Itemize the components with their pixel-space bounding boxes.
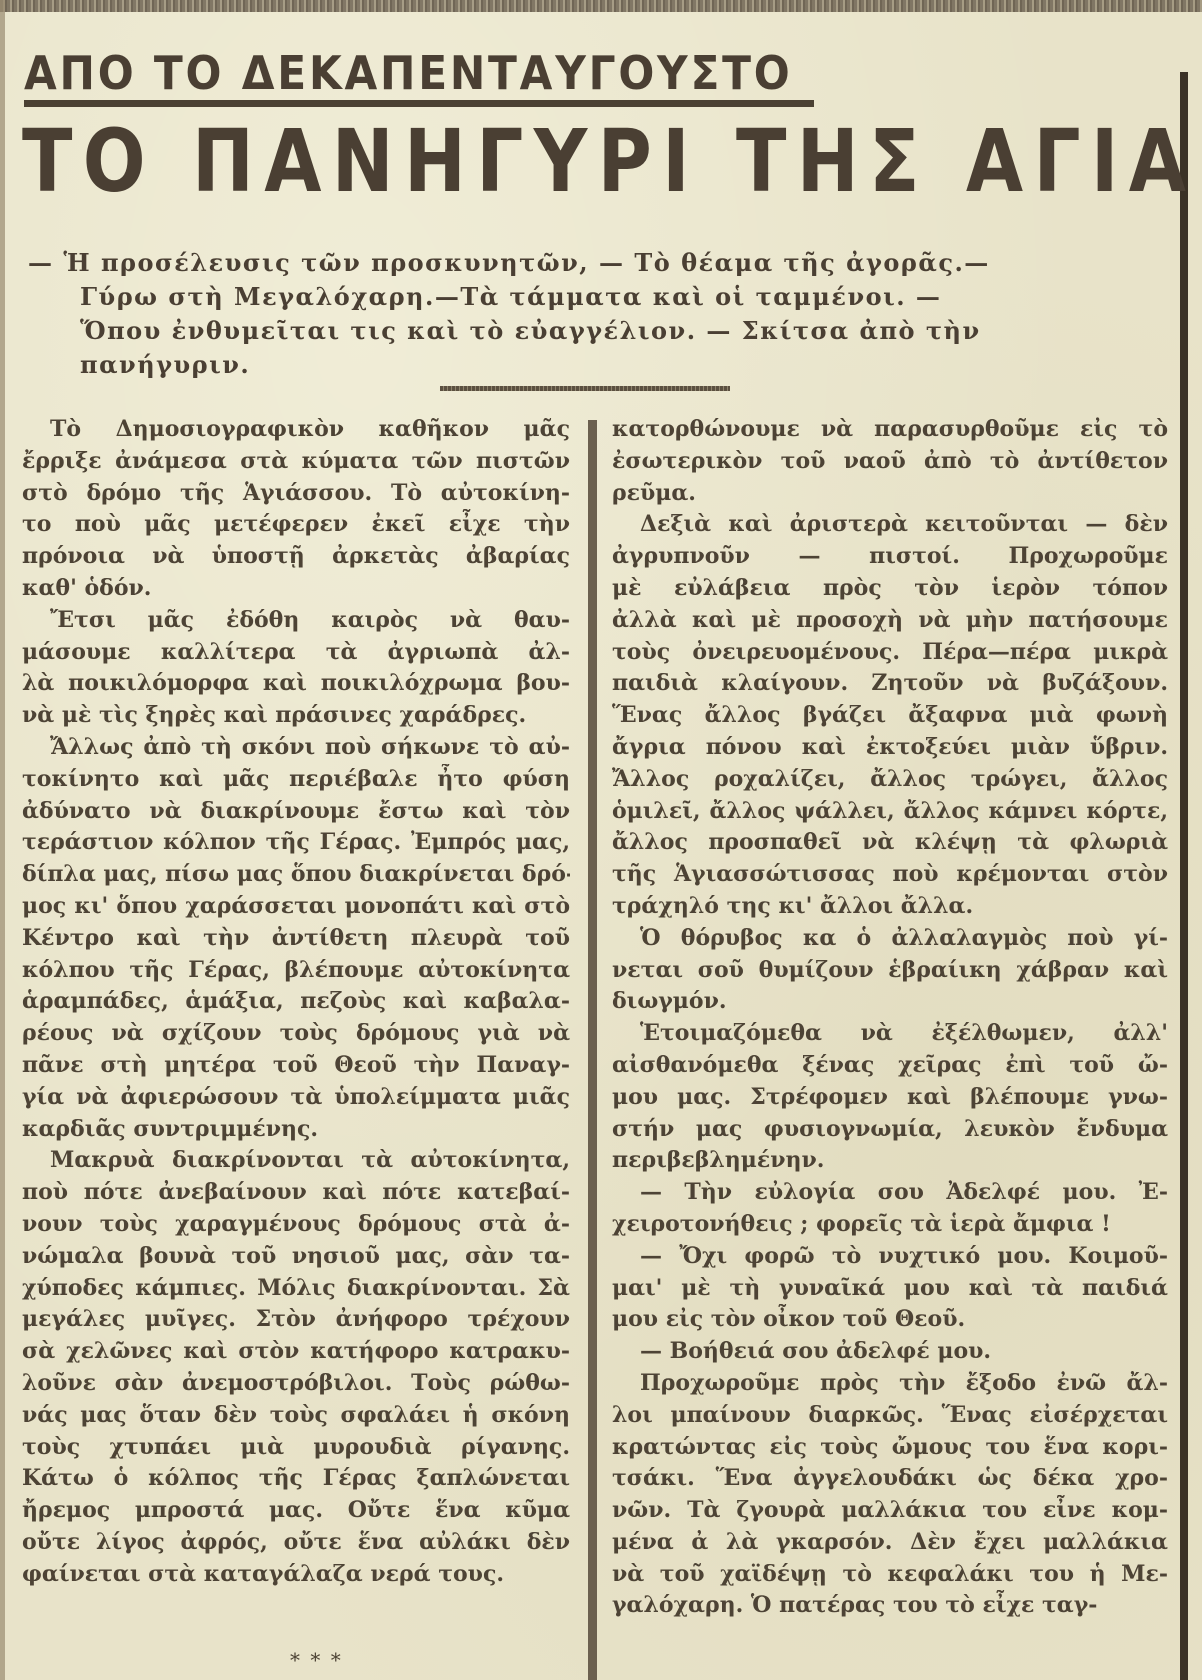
column-text-line: τῆς Ἁγιασσώτισσας ποὺ κρέμονται στὸν (612, 859, 1168, 891)
right-column-rule (1180, 72, 1188, 1680)
column-text-line: λοι μπαίνουν διαρκῶς. Ἕνας εἰσέρχεται (612, 1400, 1168, 1432)
page-left-edge (0, 0, 5, 1680)
column-text-line: φαίνεται στὰ καταγάλαζα νερά τους. (22, 1559, 570, 1591)
column-text-line: Προχωροῦμε πρὸς τὴν ἔξοδο ἐνῶ ἄλ- (612, 1368, 1168, 1400)
column-text-line: τοκίνητο καὶ μᾶς περιέβαλε ἦτο φύση (22, 764, 570, 796)
column-text-line: νῶν. Τὰ ζγουρὰ μαλλάκια του εἶνε κομ- (612, 1495, 1168, 1527)
column-text-line: Ἄλλος ροχαλίζει, ἄλλος τρώγει, ἄλλος (612, 764, 1168, 796)
column-text-line: χειροτονήθεις ; φορεῖς τὰ ἱερὰ ἄμφια ! (612, 1209, 1168, 1241)
column-text-line: — Τὴν εὐλογία σου Ἀδελφέ μου. Ἐ- (612, 1177, 1168, 1209)
column-text-line: αἰσθανόμεθα ξένας χεῖρας ἐπὶ τοῦ ὤ- (612, 1050, 1168, 1082)
column-text-line: μὲ εὐλάβεια πρὸς τὸν ἱερὸν τόπον (612, 573, 1168, 605)
column-text-line: τσάκι. Ἕνα ἀγγελουδάκι ὡς δέκα χρο- (612, 1463, 1168, 1495)
subhead-line: Γύρω στὴ Μεγαλόχαρη.—Τὰ τάμματα καὶ οἱ τ… (28, 280, 1168, 314)
column-text-line: νώμαλα βουνὰ τοῦ νησιοῦ μας, σὰν τα- (22, 1241, 570, 1273)
column-text-line: νουν τοὺς χαραγμένους δρόμους στὰ ἀ- (22, 1209, 570, 1241)
column-text-line: κόλπου τῆς Γέρας, βλέπουμε αὐτοκίνητα (22, 955, 570, 987)
column-text-line: περιβεβλημένην. (612, 1145, 1168, 1177)
column-text-line: καθ' ὁδόν. (22, 573, 570, 605)
column-text-line: δίπλα μας, πίσω μας ὅπου διακρίνεται δρό… (22, 859, 570, 891)
subhead-line: πανήγυριν. (28, 348, 1168, 382)
column-text-line: μαι' μὲ τὴ γυναῖκά μου καὶ τὰ παιδιά (612, 1273, 1168, 1305)
subhead-line: Ὅπου ἐνθυμεῖται τις καὶ τὸ εὐαγγέλιον. —… (28, 314, 1168, 348)
column-text-line: πᾶνε στὴ μητέρα τοῦ Θεοῦ τὴν Παναγ- (22, 1050, 570, 1082)
torn-top-edge (0, 0, 1202, 12)
column-text-line: ἀγρυπνοῦν — πιστοί. Προχωροῦμε (612, 541, 1168, 573)
column-text-line: — Ὄχι φορῶ τὸ νυχτικό μου. Κοιμοῦ- (612, 1241, 1168, 1273)
column-text-line: ἀλλὰ καὶ μὲ προσοχὴ νὰ μὴν πατήσουμε (612, 605, 1168, 637)
column-text-line: μένα ἀ λὰ γκαρσόν. Δὲν ἔχει μαλλάκια (612, 1527, 1168, 1559)
article-subhead: — Ἡ προσέλευσις τῶν προσκυνητῶν, — Τὸ θέ… (28, 246, 1168, 382)
column-text-line: στὸ δρόμο τῆς Ἁγιάσσου. Τὸ αὐτοκίνη- (22, 478, 570, 510)
column-text-line: ἐσωτερικὸν τοῦ ναοῦ ἀπὸ τὸ ἀντίθετον (612, 446, 1168, 478)
column-text-line: μεγάλες μυῖγες. Στὸν ἀνήφορο τρέχουν (22, 1304, 570, 1336)
column-text-line: Μακρυὰ διακρίνονται τὰ αὐτοκίνητα, (22, 1145, 570, 1177)
column-text-line: το ποὺ μᾶς μετέφερεν ἐκεῖ εἶχε τὴν (22, 509, 570, 541)
column-text-line: παιδιὰ κλαίγουν. Ζητοῦν νὰ βυζάξουν. (612, 668, 1168, 700)
column-text-line: λοῦνε σὰν ἀνεμοστρόβιλοι. Τοὺς ρώθω- (22, 1368, 570, 1400)
column-text-line: κρατώντας εἰς τοὺς ὤμους του ἕνα κορι- (612, 1432, 1168, 1464)
column-text-line: γία νὰ ἀφιερώσουν τὰ ὑπολείμματα μιᾶς (22, 1082, 570, 1114)
column-text-line: διωγμόν. (612, 986, 1168, 1018)
column-text-line: Τὸ Δημοσιογραφικὸν καθῆκον μᾶς (22, 414, 570, 446)
column-text-line: μος κι' ὅπου χαράσσεται μονοπάτι καὶ στὸ (22, 891, 570, 923)
article-kicker: ΑΠΟ ΤΟ ΔΕΚΑΠΕΝΤΑΥΓΟΥΣΤΟ (24, 46, 793, 100)
article-column-left: Τὸ Δημοσιογραφικὸν καθῆκον μᾶςἔρριξε ἀνά… (22, 414, 570, 1590)
column-text-line: μάσουμε καλλίτερα τὰ ἀγριωπὰ ἀλ- (22, 637, 570, 669)
column-text-line: ρέους νὰ σχίζουν τοὺς δρόμους γιὰ νὰ (22, 1018, 570, 1050)
article-column-right: κατορθώνουμε νὰ παρασυρθοῦμε εἰς τὸἐσωτε… (612, 414, 1168, 1622)
column-text-line: τοὺς ὀνειρευομένους. Πέρα—πέρα μικρὰ (612, 637, 1168, 669)
column-text-line: οὔτε λίγος ἀφρός, οὔτε ἕνα αὐλάκι δὲν (22, 1527, 570, 1559)
subhead-line: — Ἡ προσέλευσις τῶν προσκυνητῶν, — Τὸ θέ… (28, 246, 1168, 280)
column-text-line: — Βοήθειά σου ἀδελφέ μου. (612, 1336, 1168, 1368)
column-text-line: ἀδύνατο νὰ διακρίνουμε ἔστω καὶ τὸν (22, 796, 570, 828)
column-text-line: τεράστιον κόλπον τῆς Γέρας. Ἐμπρός μας, (22, 827, 570, 859)
column-text-line: ρεῦμα. (612, 478, 1168, 510)
column-text-line: χύποδες κάμπιες. Μόλις διακρίνονται. Σὰ (22, 1273, 570, 1305)
article-headline: ΤΟ ΠΑΝΗΓΥΡΙ ΤΗΣ ΑΓΙΑΣΣΟΥ (22, 112, 1202, 212)
column-text-line: ποὺ πότε ἀνεβαίνουν καὶ πότε κατεβαί- (22, 1177, 570, 1209)
column-divider (588, 420, 597, 1680)
column-text-line: ὁμιλεῖ, ἄλλος ψάλλει, ἄλλος κάμνει κόρτε… (612, 796, 1168, 828)
column-text-line: κατορθώνουμε νὰ παρασυρθοῦμε εἰς τὸ (612, 414, 1168, 446)
column-text-line: ἄλλος προσπαθεῖ νὰ κλέψῃ τὰ φλωριὰ (612, 827, 1168, 859)
column-text-line: μου μας. Στρέφομεν καὶ βλέπουμε γνω- (612, 1082, 1168, 1114)
column-text-line: Ἄλλως ἀπὸ τὴ σκόνι ποὺ σήκωνε τὸ αὐ- (22, 732, 570, 764)
column-text-line: ἔρριξε ἀνάμεσα στὰ κύματα τῶν πιστῶν (22, 446, 570, 478)
section-divider (440, 386, 730, 391)
column-text-line: ἤρεμος μπροστά μας. Οὔτε ἕνα κῦμα (22, 1495, 570, 1527)
column-text-line: νάς μας ὅταν δὲν τοὺς σφαλάει ἡ σκόνη (22, 1400, 570, 1432)
column-text-line: ἁραμπάδες, ἁμάξια, πεζοὺς καὶ καβαλα- (22, 986, 570, 1018)
column-text-line: Δεξιὰ καὶ ἀριστερὰ κειτοῦνται — δὲν (612, 509, 1168, 541)
column-text-line: νεται σοῦ θυμίζουν ἑβραίικη χάβραν καὶ (612, 955, 1168, 987)
column-text-line: στήν μας φυσιογνωμία, λευκὸν ἔνδυμα (612, 1114, 1168, 1146)
column-text-line: ἄγρια πόνου καὶ ἐκτοξεύει μιὰν ὕβριν. (612, 732, 1168, 764)
column-text-line: τράχηλό της κι' ἄλλοι ἄλλα. (612, 891, 1168, 923)
column-text-line: Ἑτοιμαζόμεθα νὰ ἐξέλθωμεν, ἀλλ' (612, 1018, 1168, 1050)
column-text-line: Κάτω ὁ κόλπος τῆς Γέρας ξαπλώνεται (22, 1463, 570, 1495)
column-text-line: νὰ τοῦ χαϊδέψῃ τὸ κεφαλάκι του ἡ Με- (612, 1559, 1168, 1591)
column-text-line: πρόνοια νὰ ὑποστῇ ἀρκετὰς ἀβαρίας (22, 541, 570, 573)
column-text-line: σὰ χελῶνες καὶ στὸν κατήφορο κατρακυ- (22, 1336, 570, 1368)
column-text-line: Ὁ θόρυβος κα ὁ ἀλλαλαγμὸς ποὺ γί- (612, 923, 1168, 955)
column-text-line: γαλόχαρη. Ὁ πατέρας του τὸ εἶχε ταγ- (612, 1590, 1168, 1622)
column-text-line: τοὺς χτυπάει μιὰ μυρουδιὰ ρίγανης. (22, 1432, 570, 1464)
column-text-line: Ἔτσι μᾶς ἐδόθη καιρὸς νὰ θαυ- (22, 605, 570, 637)
kicker-underline (24, 100, 814, 107)
column-text-line: Κέντρο καὶ τὴν ἀντίθετη πλευρὰ τοῦ (22, 923, 570, 955)
section-break-asterism: * * * (290, 1648, 343, 1672)
column-text-line: καρδιᾶς συντριμμένης. (22, 1114, 570, 1146)
column-text-line: νὰ μὲ τὶς ξηρὲς καὶ πράσινες χαράδρες. (22, 700, 570, 732)
column-text-line: μου εἰς τὸν οἶκον τοῦ Θεοῦ. (612, 1304, 1168, 1336)
column-text-line: Ἕνας ἄλλος βγάζει ἄξαφνα μιὰ φωνὴ (612, 700, 1168, 732)
column-text-line: λὰ ποικιλόμορφα καὶ ποικιλόχρωμα βου- (22, 668, 570, 700)
